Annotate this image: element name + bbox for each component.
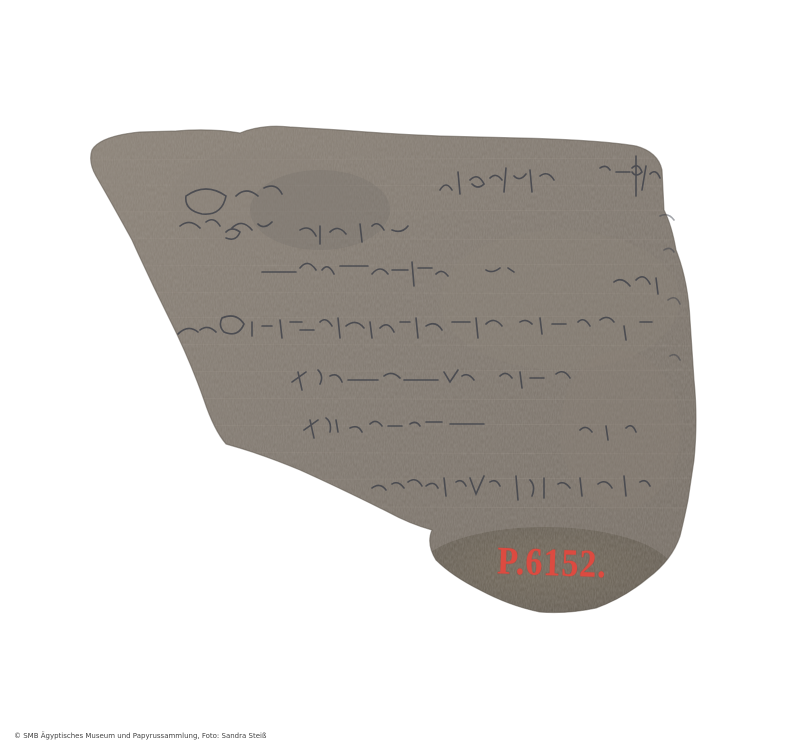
inventory-number-label: P.6152.	[496, 540, 607, 588]
ostracon-fragment	[0, 0, 800, 744]
photo-stage: P.6152. © SMB Ägyptisches Museum und Pap…	[0, 0, 800, 744]
photo-credit: © SMB Ägyptisches Museum und Papyrussamm…	[14, 732, 266, 740]
